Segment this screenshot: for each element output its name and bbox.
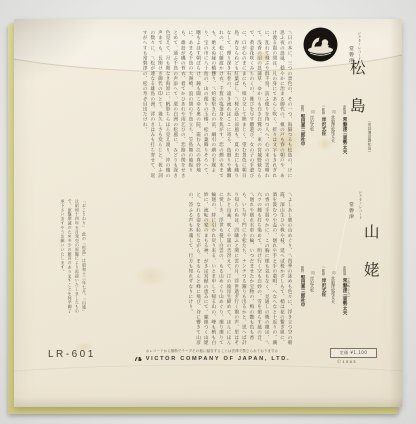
publisher-note: 「おことわり」 此の「松島」は昭和十三年七月、「山姥」は昭和十四年五月発売の原盤… bbox=[54, 199, 88, 315]
credit-narimono: 鳴物堅田喜三郎社中 bbox=[297, 105, 308, 193]
victor-nipper-logo-icon bbox=[302, 26, 339, 63]
side-a-subtitle: （哥辞選常磐松島） bbox=[368, 119, 373, 173]
side-b-lyrics-text: 〽よしあし鹿の山めぐり、〽四季の詠めも色々に、浮き立つ空の朝霞、深山生ひの株や枝… bbox=[86, 192, 293, 345]
side-a-title: 松 島 bbox=[350, 61, 366, 114]
company-name: VICTOR COMPANY OF JAPAN, LTD. bbox=[146, 356, 291, 362]
side-a-credits: 浄瑠璃常磐津三東勢太夫 同常磐津松尾太夫 三味線岸沢式佐 同岸沢式松 鳴物堅田喜… bbox=[293, 105, 349, 193]
credit-narimono: 鳴物堅田喜三郎社中 bbox=[297, 266, 308, 356]
side-b-title-char-2: 姥 bbox=[364, 263, 380, 279]
side-a-title-char-1: 松 bbox=[350, 61, 366, 77]
credit-shamisen: 三味線岸沢式佐 bbox=[318, 266, 329, 356]
record-sleeve-back: ビクターレコード 常磐津 松 島 （哥辞選常磐松島） 浄瑠璃常磐津三東勢太夫 同… bbox=[14, 19, 402, 407]
side-b-title: 山 姥 bbox=[364, 225, 380, 278]
credit-shamisen-2: 同岸沢式松 bbox=[307, 266, 318, 356]
side-a-lyrics-text: 〽日の本に、三つの景色の、その一つ、海隔つるも松島の、けに思ふ夜の浪風、穏やかに… bbox=[40, 30, 293, 179]
credit-joruri: 浄瑠璃常磐津三東勢太夫 bbox=[339, 266, 350, 356]
copyright-year: Ⓒ1963 bbox=[337, 359, 357, 365]
photo-backdrop: ビクターレコード 常磐津 松 島 （哥辞選常磐松島） 浄瑠璃常磐津三東勢太夫 同… bbox=[0, 0, 416, 424]
side-a-title-char-2: 島 bbox=[350, 99, 366, 115]
nipper-dog-icon bbox=[134, 355, 143, 362]
side-b-title-char-1: 山 bbox=[364, 225, 380, 241]
side-b-credits: 浄瑠璃常磐津三東勢太夫 同常磐津松尾太夫 三味線岸沢式佐 同岸沢式松 鳴物堅田喜… bbox=[293, 266, 349, 356]
price-box: 定価 ¥1,100 bbox=[330, 348, 377, 358]
side-b-brand-label: ビクターレコード bbox=[358, 191, 363, 231]
copy-protection-notice: ◎レコードから無断でテープその他に録音することは法律で禁じられております◎ bbox=[106, 348, 318, 353]
side-b-genre: 常磐津 bbox=[347, 202, 354, 224]
company-line: VICTOR COMPANY OF JAPAN, LTD. bbox=[106, 355, 318, 362]
credit-shamisen: 三味線岸沢式佐 bbox=[318, 105, 329, 193]
catalog-number: LR-601 bbox=[48, 349, 96, 360]
edge-shadow-bottom bbox=[14, 397, 402, 407]
credit-shamisen-2: 同岸沢式松 bbox=[307, 105, 318, 193]
credit-joruri-2: 同常磐津松尾太夫 bbox=[328, 266, 339, 356]
credit-joruri-2: 同常磐津松尾太夫 bbox=[328, 105, 339, 193]
edge-shadow bbox=[390, 19, 402, 407]
credit-joruri: 浄瑠璃常磐津三東勢太夫 bbox=[339, 105, 350, 193]
